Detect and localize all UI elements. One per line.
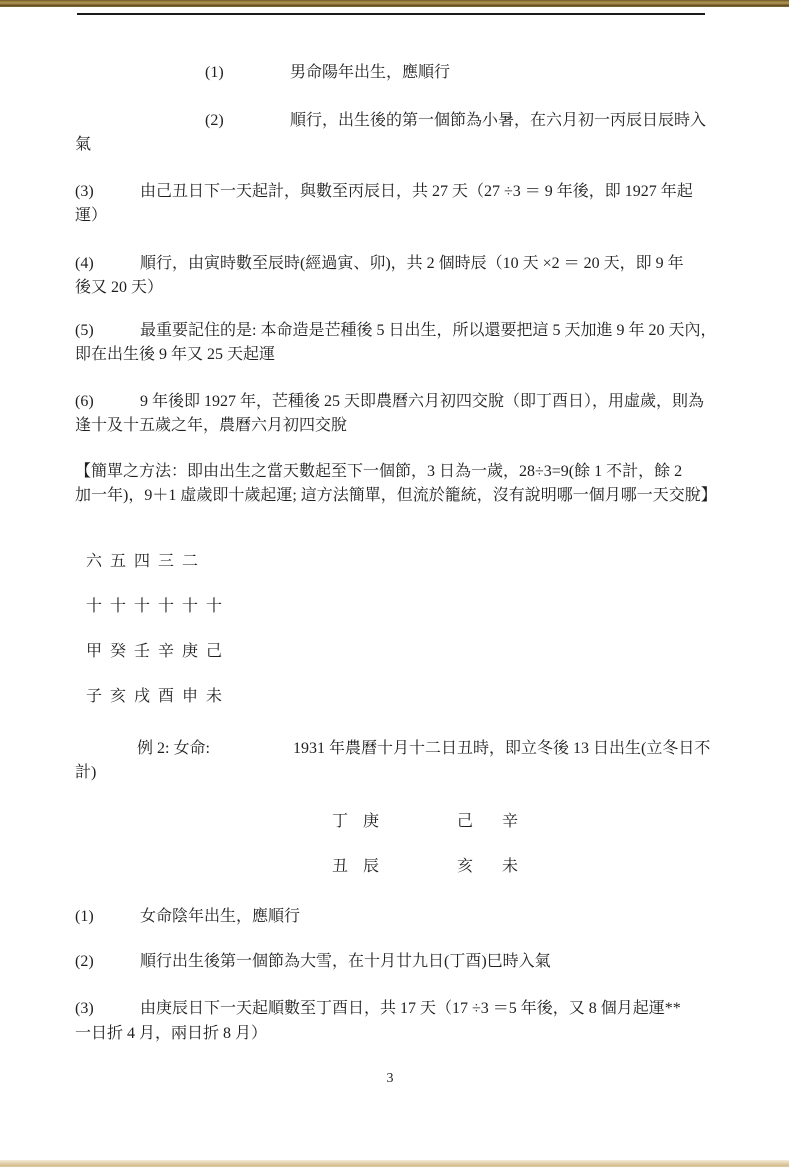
dayun-char: 三 (158, 553, 182, 571)
item-number: (1) (75, 908, 94, 926)
item-text-continuation: 即在出生後 9 年又 25 天起運 (75, 346, 275, 364)
bottom-border-bar (0, 1160, 789, 1167)
dayun-row-ten: 十十十十十十 (78, 580, 230, 616)
dayun-char: 庚 (182, 643, 206, 661)
item-number: (1) (205, 64, 224, 82)
dayun-char: 己 (206, 643, 230, 661)
dayun-row-tens-digit: 六五四三二 (78, 535, 230, 571)
item-text-continuation: 逢十及十五歲之年，農曆六月初四交脫 (75, 417, 347, 435)
example2-intro: 1931 年農曆十月十二日丑時，即立冬後 13 日出生(立冬日不 (293, 740, 710, 758)
pillar-stem-year: 辛 (502, 813, 518, 831)
pillar-branch-day: 辰 (363, 858, 379, 876)
document-page: { "page": { "number": "3" }, "colors": {… (0, 0, 789, 1172)
example2-label: 例 2: 女命: (137, 740, 210, 758)
item-text: 順行，出生後的第一個節為小暑，在六月初一丙辰日辰時入 (290, 112, 706, 130)
page-number: 3 (378, 1071, 402, 1087)
pillar-branch-hour: 丑 (332, 858, 348, 876)
header-rule-line (77, 13, 705, 15)
item-text-continuation: 後又 20 天） (75, 279, 163, 297)
dayun-char: 申 (182, 688, 206, 706)
item-text: 男命陽年出生，應順行 (290, 64, 450, 82)
dayun-row-stems: 甲癸壬辛庚己 (78, 625, 230, 661)
item-number: (6) (75, 393, 94, 411)
pillar-stem-hour: 丁 (332, 813, 348, 831)
item-number: (3) (75, 183, 94, 201)
item-text: 由己丑日下一天起計，與數至丙辰日，共 27 天（27 ÷3 ＝ 9 年後，即 1… (140, 183, 693, 201)
item-text-continuation: 氣 (75, 136, 91, 154)
item-number: (5) (75, 322, 94, 340)
dayun-char: 亥 (110, 688, 134, 706)
item-text: 最重要記住的是: 本命造是芒種後 5 日出生，所以還要把這 5 天加進 9 年 … (140, 322, 716, 340)
top-border-bar (0, 0, 789, 7)
dayun-char: 四 (134, 553, 158, 571)
dayun-char: 十 (110, 598, 134, 616)
dayun-char: 癸 (110, 643, 134, 661)
pillar-branch-month: 亥 (457, 858, 473, 876)
item-number: (2) (75, 953, 94, 971)
dayun-char: 酉 (158, 688, 182, 706)
item-text: 由庚辰日下一天起順數至丁酉日，共 17 天（17 ÷3 ＝5 年後，又 8 個月… (140, 1000, 681, 1018)
dayun-char: 五 (110, 553, 134, 571)
dayun-char: 十 (182, 598, 206, 616)
dayun-char: 十 (86, 598, 110, 616)
dayun-char: 甲 (86, 643, 110, 661)
dayun-char: 戌 (134, 688, 158, 706)
pillar-stem-month: 己 (457, 813, 473, 831)
dayun-char: 六 (86, 553, 110, 571)
note-line: 【簡單之方法：即由出生之當天數起至下一個節，3 日為一歲，28÷3=9(餘 1 … (75, 463, 682, 481)
item-text: 順行，由寅時數至辰時(經過寅、卯)，共 2 個時辰（10 天 ×2 ＝ 20 天… (140, 255, 684, 273)
dayun-row-branches: 子亥戌酉申未 (78, 670, 230, 706)
pillar-stem-day: 庚 (363, 813, 379, 831)
dayun-char: 十 (134, 598, 158, 616)
item-text: 女命陰年出生，應順行 (140, 908, 300, 926)
item-number: (4) (75, 255, 94, 273)
dayun-char: 十 (158, 598, 182, 616)
pillar-branch-year: 未 (502, 858, 518, 876)
dayun-char: 辛 (158, 643, 182, 661)
item-text: 順行出生後第一個節為大雪，在十月廿九日(丁酉)巳時入氣 (140, 953, 551, 971)
dayun-char: 十 (206, 598, 230, 616)
item-number: (3) (75, 1000, 94, 1018)
item-text-continuation: 一日折 4 月，兩日折 8 月） (75, 1025, 267, 1043)
item-number: (2) (205, 112, 224, 130)
example2-intro-continuation: 計) (75, 764, 96, 782)
dayun-char: 未 (206, 688, 230, 706)
item-text: 9 年後即 1927 年，芒種後 25 天即農曆六月初四交脫（即丁酉日），用虛歲… (140, 393, 704, 411)
dayun-char: 二 (182, 553, 206, 571)
dayun-char: 壬 (134, 643, 158, 661)
note-line: 加一年)，9＋1 虛歲即十歲起運; 這方法簡單，但流於籠統，沒有說明哪一個月哪一… (75, 487, 717, 505)
dayun-char: 子 (86, 688, 110, 706)
item-text-continuation: 運） (75, 207, 107, 225)
